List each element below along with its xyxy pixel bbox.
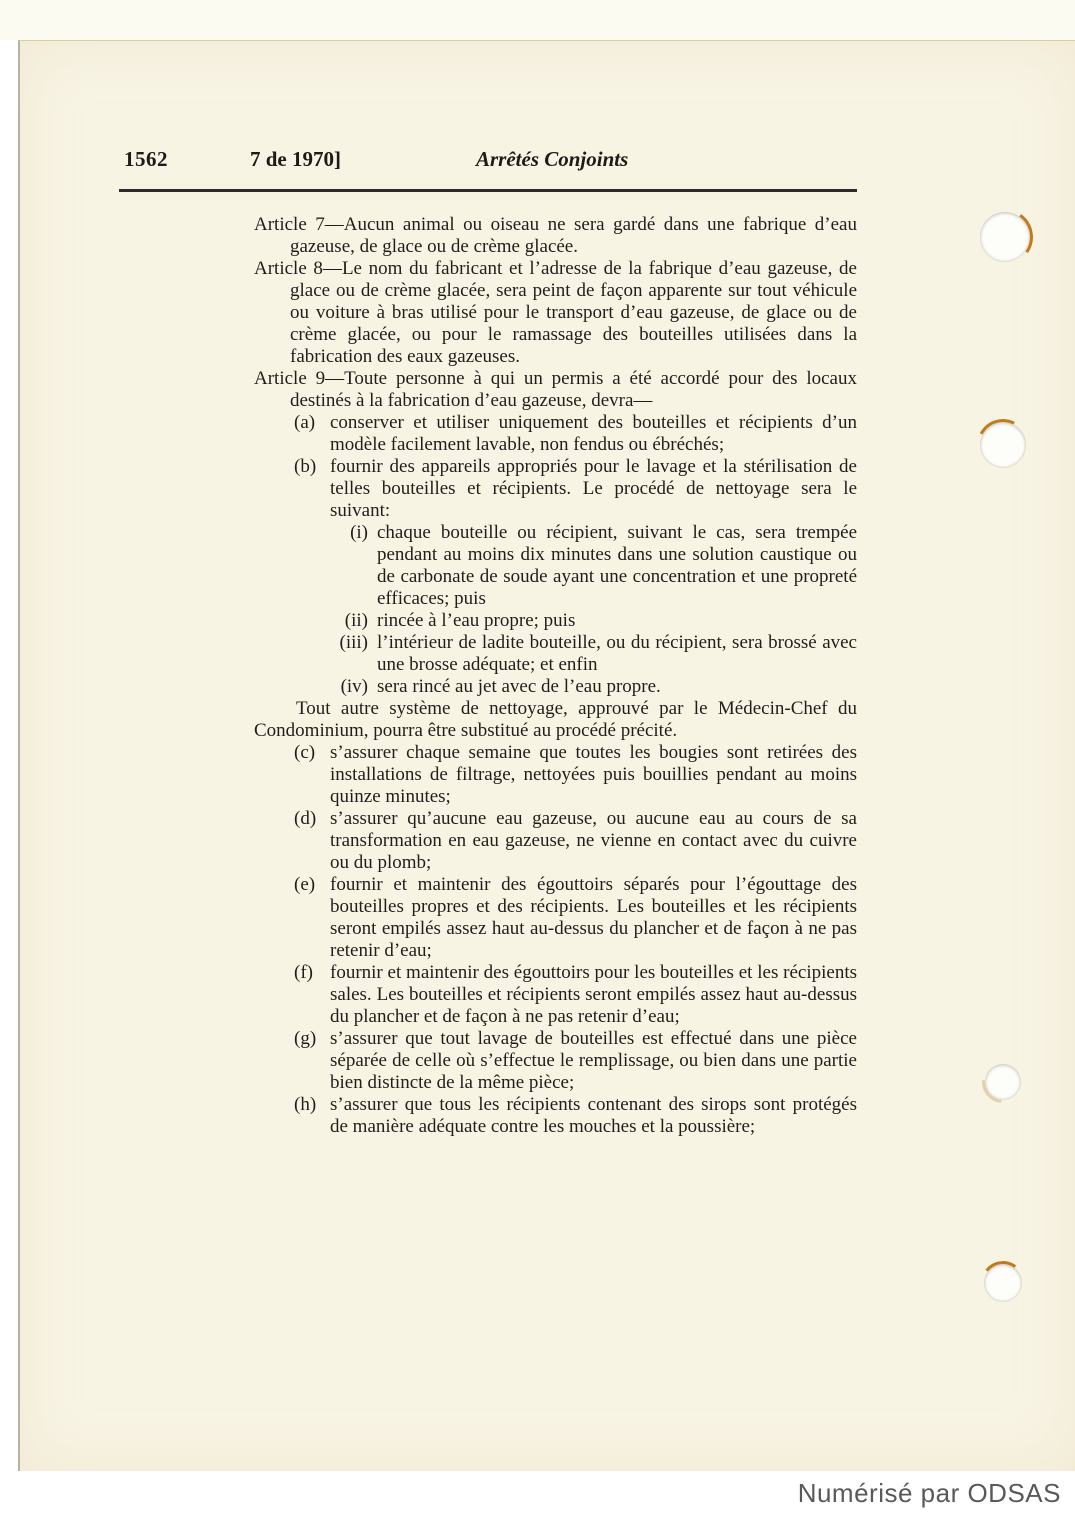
article-7-text: Aucun animal ou oiseau ne sera gardé dan… xyxy=(290,214,857,257)
sub-list-item-iv: (iv) sera rincé au jet avec de l’eau pro… xyxy=(254,676,857,698)
scan-watermark: Numérisé par ODSAS xyxy=(798,1478,1061,1509)
list-marker: (a) xyxy=(294,412,330,456)
sub-list-item-ii: (ii) rincée à l’eau propre; puis xyxy=(254,610,857,632)
sub-list-item-text: rincée à l’eau propre; puis xyxy=(377,610,857,632)
list-item-text: fournir et maintenir des égouttoirs sépa… xyxy=(330,874,857,962)
article-9-intro: Article 9—Toute personne à qui un permis… xyxy=(254,368,857,412)
scanned-document-canvas: 1562 7 de 1970] Arrêtés Conjoints Articl… xyxy=(0,0,1075,1519)
list-item-text: s’assurer qu’aucune eau gazeuse, ou aucu… xyxy=(330,808,857,874)
list-marker: (f) xyxy=(294,962,330,1028)
list-item-d: (d) s’assurer qu’aucune eau gazeuse, ou … xyxy=(254,808,857,874)
article-7-paragraph: Article 7—Aucun animal ou oiseau ne sera… xyxy=(254,214,857,258)
list-item-text: fournir des appareils appropriés pour le… xyxy=(330,456,857,522)
list-item-text: s’assurer que tout lavage de bouteilles … xyxy=(330,1028,857,1094)
sub-list-marker: (iii) xyxy=(332,632,368,676)
page-number: 1562 xyxy=(124,147,168,172)
cleaning-note-paragraph: Tout autre système de nettoyage, approuv… xyxy=(254,698,857,742)
sub-list-item-text: l’intérieur de ladite bouteille, ou du r… xyxy=(377,632,857,676)
sub-list-item-iii: (iii) l’intérieur de ladite bouteille, o… xyxy=(254,632,857,676)
sub-list-marker: (i) xyxy=(332,522,368,610)
issue-reference: 7 de 1970] xyxy=(250,147,341,172)
list-item-text: fournir et maintenir des égouttoirs pour… xyxy=(330,962,857,1028)
sub-list-marker: (ii) xyxy=(332,610,368,632)
sub-list-marker: (iv) xyxy=(332,676,368,698)
list-item-a: (a) conserver et utiliser uniquement des… xyxy=(254,412,857,456)
list-marker: (e) xyxy=(294,874,330,962)
sub-list-item-text: chaque bouteille ou récipient, suivant l… xyxy=(377,522,857,610)
list-marker: (h) xyxy=(294,1094,330,1138)
list-item-text: s’assurer que tous les récipients conten… xyxy=(330,1094,857,1138)
article-8-text: Le nom du fabricant et l’adresse de la f… xyxy=(290,258,857,367)
sub-list-item-text: sera rincé au jet avec de l’eau propre. xyxy=(377,676,857,698)
article-8-label: Article 8— xyxy=(254,258,342,279)
punch-hole xyxy=(984,1264,1022,1302)
list-marker: (g) xyxy=(294,1028,330,1094)
list-item-f: (f) fournir et maintenir des égouttoirs … xyxy=(254,962,857,1028)
list-item-g: (g) s’assurer que tout lavage de bouteil… xyxy=(254,1028,857,1094)
article-9-label: Article 9— xyxy=(254,368,344,389)
list-marker: (b) xyxy=(294,456,330,522)
article-8-paragraph: Article 8—Le nom du fabricant et l’adres… xyxy=(254,258,857,368)
punch-hole xyxy=(980,212,1030,262)
document-page: 1562 7 de 1970] Arrêtés Conjoints Articl… xyxy=(18,40,1075,1471)
list-marker: (c) xyxy=(294,742,330,808)
list-item-h: (h) s’assurer que tous les récipients co… xyxy=(254,1094,857,1138)
article-content: Article 7—Aucun animal ou oiseau ne sera… xyxy=(254,214,857,1138)
list-marker: (d) xyxy=(294,808,330,874)
list-item-text: conserver et utiliser uniquement des bou… xyxy=(330,412,857,456)
list-item-e: (e) fournir et maintenir des égouttoirs … xyxy=(254,874,857,962)
header-rule xyxy=(119,189,857,192)
article-7-label: Article 7— xyxy=(254,214,344,235)
running-title: Arrêtés Conjoints xyxy=(476,147,628,172)
punch-hole xyxy=(980,422,1026,468)
list-item-b: (b) fournir des appareils appropriés pou… xyxy=(254,456,857,522)
list-item-text: s’assurer chaque semaine que toutes les … xyxy=(330,742,857,808)
punch-hole xyxy=(985,1064,1021,1100)
sub-list-item-i: (i) chaque bouteille ou récipient, suiva… xyxy=(254,522,857,610)
article-9-text: Toute personne à qui un permis a été acc… xyxy=(290,368,857,411)
list-item-c: (c) s’assurer chaque semaine que toutes … xyxy=(254,742,857,808)
